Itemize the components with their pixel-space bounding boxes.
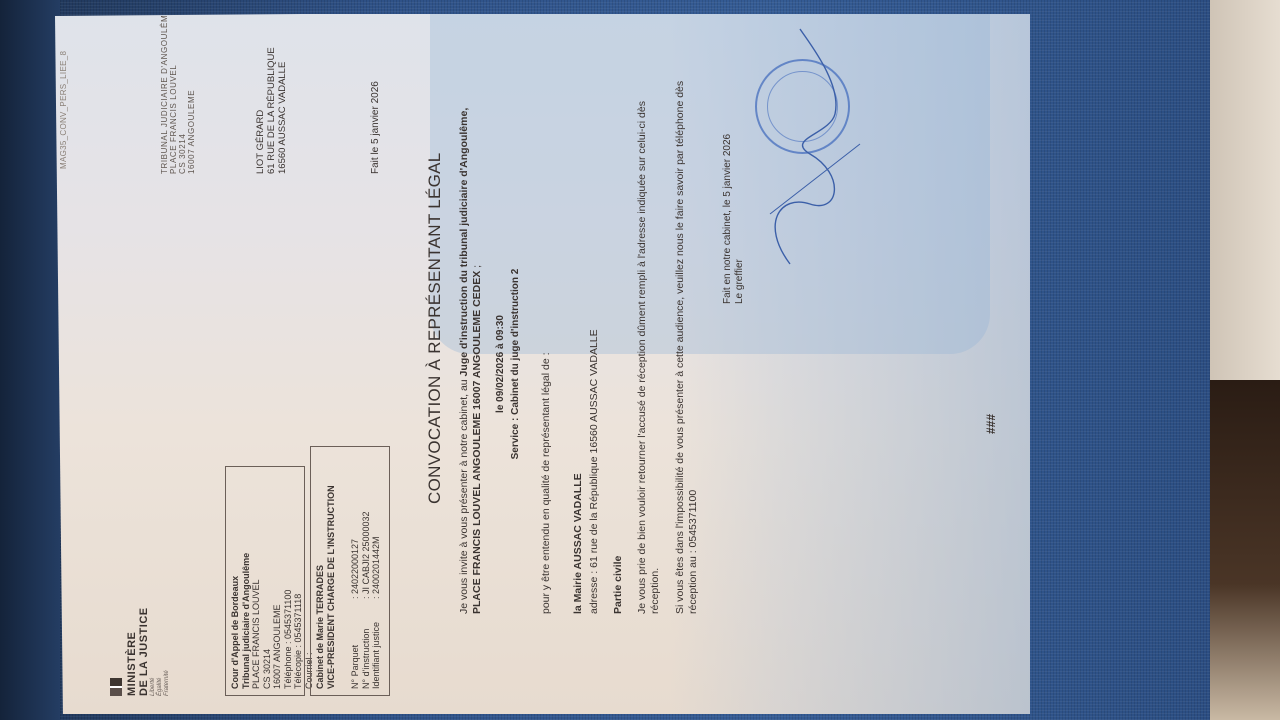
marianne-logo-icon	[110, 678, 122, 696]
absence-paragraph: Si vous êtes dans l'impossibilité de vou…	[674, 54, 699, 614]
ref-parquet: N° Parquet: 24022000127	[350, 453, 361, 689]
issue-date: Fait le 5 janvier 2026	[370, 81, 382, 174]
background-furniture	[1210, 380, 1280, 720]
document-title: CONVOCATION À REPRÉSENTANT LÉGAL	[425, 152, 445, 504]
recipient-address: LIOT GÉRARD 61 RUE DE LA RÉPUBLIQUE 1656…	[255, 47, 288, 174]
form-reference: MAG35_CONV_PERS_LIEE_8	[58, 51, 70, 169]
sender-address: TRIBUNAL JUDICIAIRE D'ANGOULÊME PLACE FR…	[160, 9, 196, 174]
background-shadow	[0, 0, 60, 720]
purpose-text: pour y être entendu en qualité de représ…	[540, 54, 553, 614]
ref-instruction: N° d'instruction: JI CABJI2 25000032	[361, 453, 372, 689]
receipt-paragraph: Je vous prie de bien vouloir retourner l…	[636, 54, 661, 614]
footer-mark: ###	[985, 414, 997, 434]
party-name: la Mairie AUSSAC VADALLE	[572, 54, 585, 614]
court-address-box: Cour d'Appel de Bordeaux Tribunal judici…	[225, 466, 305, 696]
intro-paragraph: Je vous invite à vous présenter à notre …	[458, 94, 483, 614]
service-line: Service : Cabinet du juge d'instruction …	[510, 14, 521, 714]
party-role: Partie civile	[612, 54, 625, 614]
document-photo: MAG35_CONV_PERS_LIEE_8 MINISTÈRE DE LA J…	[55, 8, 1045, 720]
appointment-datetime: le 09/02/2026 à 09:30	[495, 14, 506, 714]
ref-identifiant: Identifiant justice: 2400201442M	[371, 453, 382, 689]
signature-icon	[750, 24, 870, 284]
convocation-letter: MAG35_CONV_PERS_LIEE_8 MINISTÈRE DE LA J…	[50, 14, 1030, 714]
cabinet-reference-box: Cabinet de Marie TERRADES VICE-PRESIDENT…	[310, 446, 390, 696]
signoff: Fait en notre cabinet, le 5 janvier 2026…	[722, 134, 746, 304]
party-address: adresse : 61 rue de la République 16560 …	[588, 54, 601, 614]
ministry-logo: MINISTÈRE DE LA JUSTICE Liberté Égalité …	[110, 607, 171, 696]
